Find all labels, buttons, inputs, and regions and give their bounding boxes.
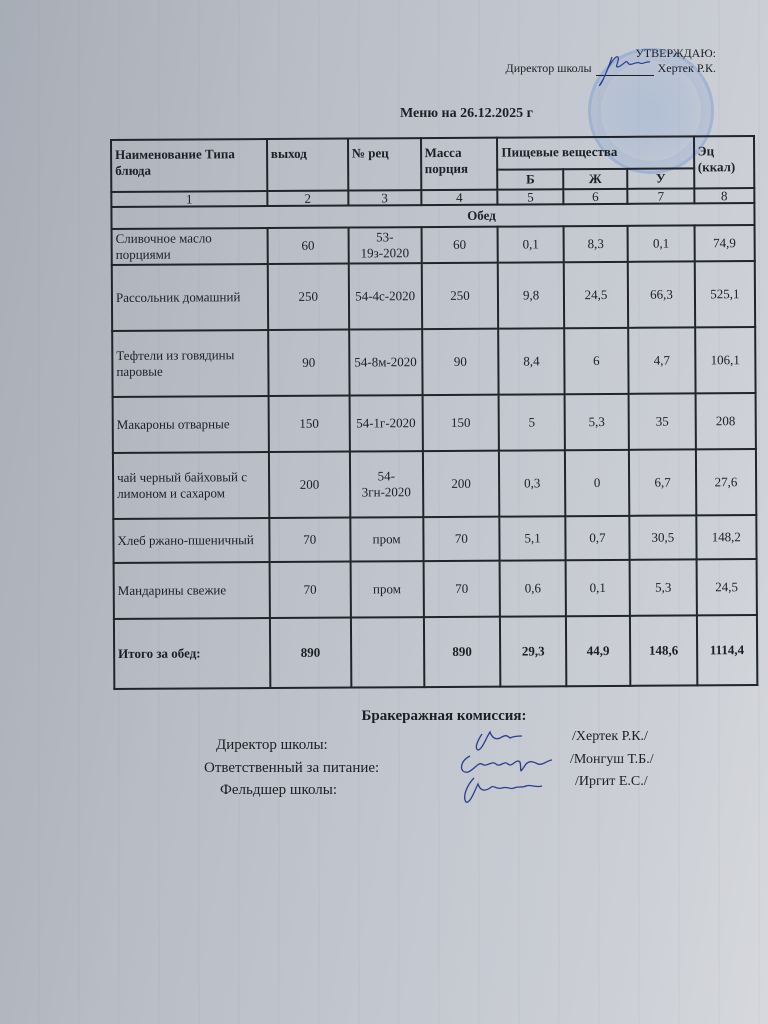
- table-row: Макароны отварные15054-1г-202015055,3352…: [113, 393, 756, 453]
- commission-title: Бракеражная комиссия:: [0, 708, 768, 725]
- item-output: 90: [268, 330, 349, 396]
- column-number: 2: [267, 191, 348, 206]
- item-energy: 148,2: [696, 515, 757, 559]
- item-protein: 5: [499, 394, 565, 450]
- item-carbs: 30,5: [630, 515, 697, 559]
- item-portion: 70: [423, 561, 500, 617]
- header-name: Наименование Типа блюда: [111, 139, 267, 192]
- total-fat: 44,9: [566, 616, 631, 686]
- item-energy: 208: [695, 393, 756, 449]
- item-name: Рассольник домашний: [112, 264, 268, 331]
- column-number: 5: [498, 189, 564, 204]
- total-carbs: 148,6: [630, 615, 697, 685]
- item-energy: 525,1: [694, 261, 755, 327]
- total-energy: 1114,4: [697, 615, 758, 685]
- commission-role: Директор школы:: [216, 737, 328, 754]
- page-title: Меню на 26.12.2025 г: [0, 106, 768, 122]
- item-protein: 5,1: [500, 516, 566, 560]
- header-output: выход: [267, 139, 348, 191]
- item-protein: 0,3: [499, 450, 565, 516]
- header-recipe: № рец: [348, 138, 421, 190]
- table-row: чай черный байховый с лимоном и сахаром2…: [113, 449, 756, 519]
- column-number: 8: [694, 188, 754, 203]
- item-output: 70: [269, 562, 350, 618]
- item-protein: 8,4: [499, 328, 565, 394]
- item-fat: 0: [565, 450, 630, 516]
- item-portion: 90: [422, 329, 499, 395]
- item-energy: 24,5: [696, 559, 757, 615]
- column-number: 7: [628, 188, 695, 203]
- commission-name: /Монгуш Т.Б./: [570, 752, 654, 768]
- item-name: чай черный байховый с лимоном и сахаром: [113, 452, 269, 519]
- header-energy: Эц (ккал): [694, 136, 755, 188]
- item-fat: 5,3: [564, 394, 629, 450]
- commission-name: /Иргит Е.С./: [575, 774, 648, 790]
- item-output: 250: [268, 264, 349, 330]
- header-portion: Масса порция: [421, 138, 498, 190]
- document-page: УТВЕРЖДАЮ: Директор школы Хертек Р.К. Ме…: [0, 0, 768, 1024]
- item-output: 60: [267, 228, 348, 264]
- signature-icon: [596, 49, 654, 89]
- item-carbs: 6,7: [629, 449, 696, 515]
- approval-block: УТВЕРЖДАЮ: Директор школы Хертек Р.К.: [506, 46, 716, 76]
- item-carbs: 66,3: [628, 261, 695, 327]
- item-name: Хлеб ржано-пшеничный: [113, 518, 269, 563]
- table-row: Мандарины свежие70пром700,60,15,324,5: [114, 559, 757, 619]
- table-row: Хлеб ржано-пшеничный70пром705,10,730,514…: [113, 515, 756, 563]
- item-name: Макароны отварные: [113, 396, 269, 453]
- item-recipe: 54-4с-2020: [349, 263, 422, 329]
- item-fat: 24,5: [564, 262, 629, 328]
- item-energy: 74,9: [694, 225, 755, 261]
- menu-table: Наименование Типа блюда выход № рец Масс…: [110, 135, 758, 690]
- item-energy: 106,1: [695, 327, 756, 393]
- item-recipe: 54-8м-2020: [349, 329, 422, 395]
- column-number: 6: [563, 189, 627, 204]
- commission-name: /Хертек Р.К./: [572, 729, 648, 745]
- column-number: 3: [348, 190, 421, 205]
- item-recipe: 54-1г-2020: [349, 395, 422, 451]
- item-carbs: 4,7: [628, 327, 695, 393]
- item-output: 150: [268, 396, 349, 452]
- item-portion: 150: [422, 395, 499, 451]
- total-portion: 890: [423, 617, 500, 687]
- item-output: 200: [269, 452, 350, 518]
- commission-block: Бракеражная комиссия:: [0, 708, 768, 725]
- approval-position: Директор школы: [506, 61, 592, 76]
- item-output: 70: [269, 518, 350, 562]
- director-signature: [596, 63, 654, 76]
- item-portion: 250: [421, 263, 498, 329]
- item-carbs: 35: [629, 393, 696, 449]
- item-fat: 0,1: [565, 560, 630, 616]
- item-fat: 6: [564, 328, 629, 394]
- header-fat: Ж: [563, 169, 628, 189]
- item-recipe: пром: [350, 561, 423, 617]
- commission-role: Фельдшер школы:: [220, 782, 337, 799]
- menu-rows: Сливочное масло порциями6053-19з-2020600…: [112, 225, 757, 619]
- item-portion: 60: [421, 227, 498, 263]
- item-carbs: 0,1: [628, 225, 695, 261]
- table-row: Рассольник домашний25054-4с-20202509,824…: [112, 261, 755, 331]
- total-output: 890: [270, 618, 351, 688]
- item-name: Тефтели из говядины паровые: [112, 330, 268, 397]
- item-fat: 8,3: [563, 226, 628, 262]
- item-name: Мандарины свежие: [114, 562, 270, 619]
- table-row: Тефтели из говядины паровые9054-8м-20209…: [112, 327, 755, 397]
- header-carbs: У: [627, 168, 694, 188]
- commission-role: Ответственный за питание:: [204, 760, 379, 777]
- header-nutrients: Пищевые вещества: [497, 136, 693, 169]
- header-protein: Б: [498, 169, 564, 189]
- commission-signatures-icon: [452, 718, 572, 818]
- item-protein: 0,6: [500, 560, 566, 616]
- column-number: 4: [421, 190, 498, 205]
- item-recipe: пром: [350, 517, 423, 561]
- item-protein: 0,1: [498, 226, 564, 262]
- item-portion: 200: [422, 451, 499, 517]
- table-row: Сливочное масло порциями6053-19з-2020600…: [112, 225, 755, 265]
- item-portion: 70: [423, 517, 500, 561]
- total-row: Итого за обед: 890 890 29,3 44,9 148,6 1…: [114, 615, 757, 689]
- approval-name: Хертек Р.К.: [658, 61, 716, 76]
- item-protein: 9,8: [498, 262, 564, 328]
- item-fat: 0,7: [565, 516, 630, 560]
- item-recipe: 53-19з-2020: [348, 227, 421, 263]
- column-number: 1: [111, 191, 267, 207]
- total-protein: 29,3: [500, 616, 566, 686]
- item-recipe: 54-3гн-2020: [350, 451, 423, 517]
- item-energy: 27,6: [696, 449, 757, 515]
- item-carbs: 5,3: [630, 559, 697, 615]
- total-recipe: [351, 617, 424, 687]
- total-label: Итого за обед:: [114, 618, 270, 689]
- item-name: Сливочное масло порциями: [112, 228, 268, 265]
